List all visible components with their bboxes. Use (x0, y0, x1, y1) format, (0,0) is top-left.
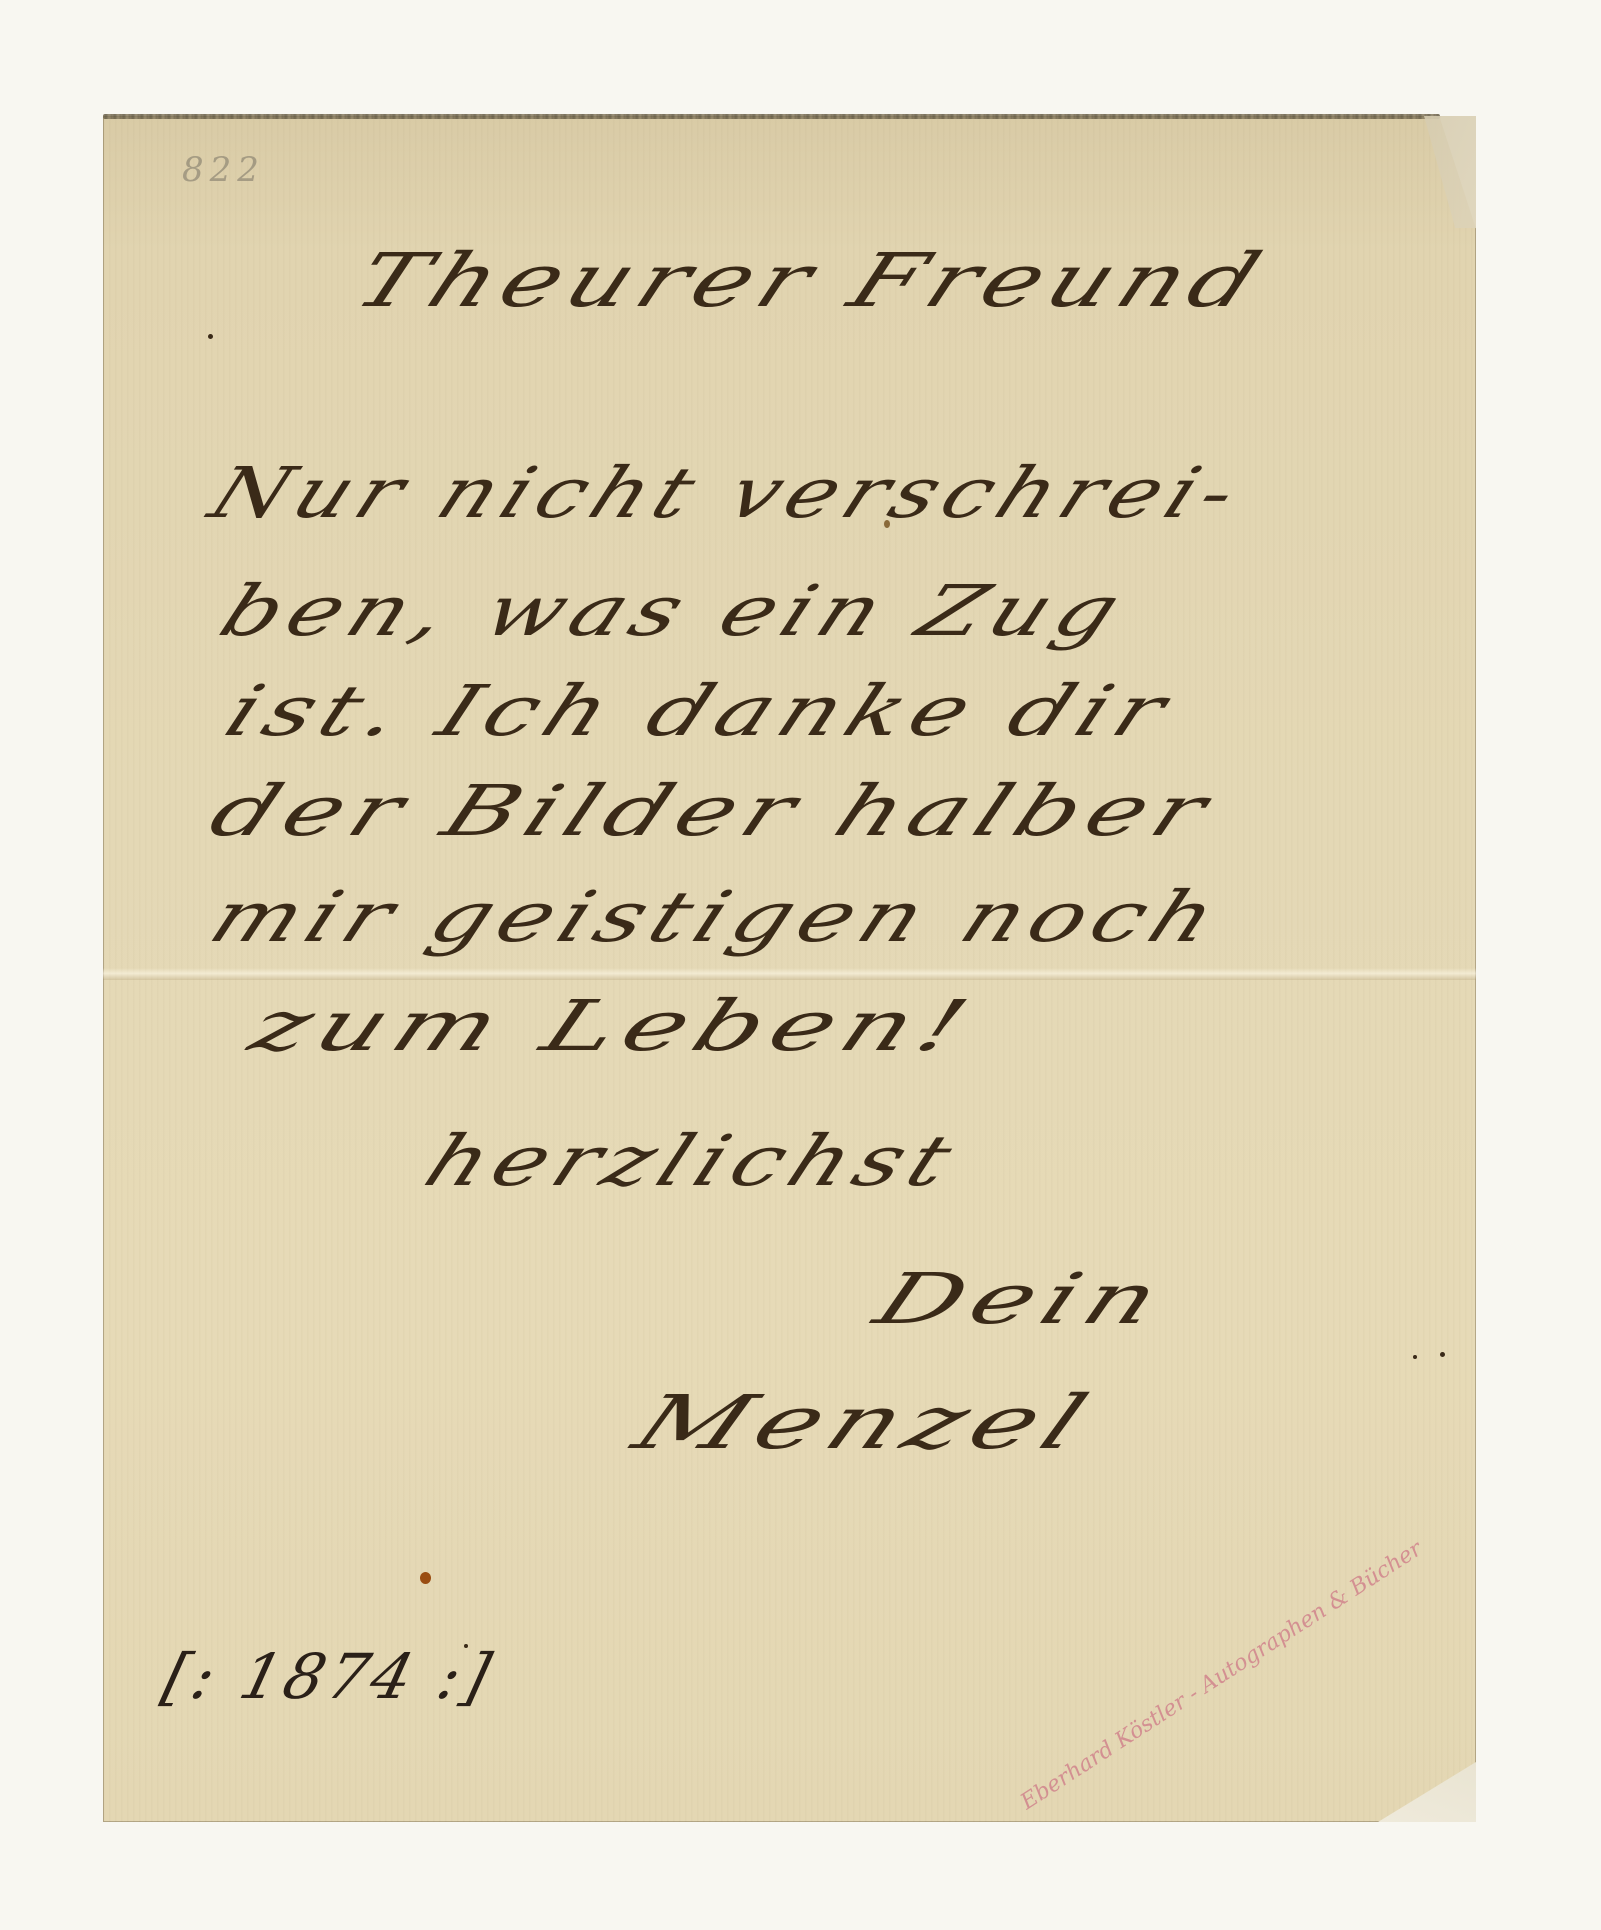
paper-torn-top-edge (103, 114, 1440, 119)
letter-line-3: ist. Ich danke dir (213, 670, 1185, 752)
letter-closing-dein: Dein (863, 1258, 1180, 1340)
letter-line-5: mir geistigen noch (198, 876, 1236, 958)
date-annotation: [: 1874 :] (156, 1640, 502, 1713)
letter-line-1: Nur nicht verschrei- (198, 452, 1256, 534)
ink-speck (1440, 1352, 1445, 1357)
letter-salutation: Theurer Freund (343, 238, 1280, 324)
pencil-annotation: 822 (182, 150, 265, 190)
ink-speck (208, 334, 213, 339)
ink-speck (1413, 1355, 1417, 1359)
letter-line-2: ben, was ein Zug (208, 570, 1139, 652)
horizontal-fold-crease (103, 968, 1476, 980)
letter-line-6: zum Leben! (238, 985, 988, 1067)
letter-line-4: der Bilder halber (198, 770, 1227, 852)
letter-closing: herzlichst (413, 1120, 971, 1202)
rust-spot (420, 1572, 431, 1584)
letter-signature: Menzel (621, 1380, 1108, 1466)
scan-stage: 822 Theurer Freund Nur nicht verschrei- … (0, 0, 1601, 1930)
